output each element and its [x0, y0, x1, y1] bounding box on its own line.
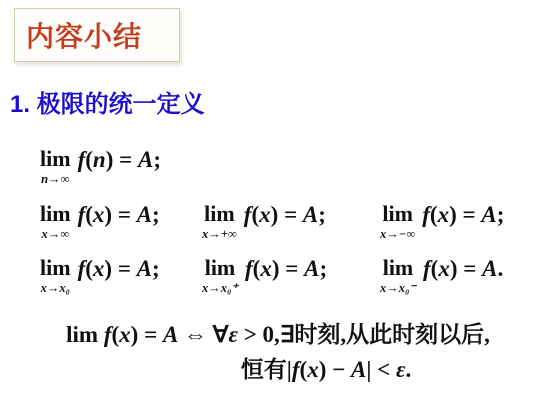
math-segment: ε [229, 322, 238, 347]
punctuation: . [497, 256, 503, 281]
punctuation: ; [319, 256, 327, 281]
left-paren: ( [85, 256, 93, 281]
lim-subscript: n→∞ [41, 173, 69, 186]
equals-sign: = [112, 256, 137, 281]
formula-expression: f(n) = A; [78, 148, 161, 172]
argument-symbol: x [93, 202, 105, 227]
math-segment: 恒有 [241, 357, 287, 382]
math-segment: ) − [319, 357, 351, 382]
formula-expression: f(x) = A; [78, 203, 160, 227]
math-segment: f [292, 357, 300, 382]
lim-stack: limn→∞ [40, 148, 71, 186]
lim-stack: limx→+∞ [202, 203, 237, 241]
formula-row-2: limx→∞f(x) = A;limx→+∞f(x) = A;limx→−∞f(… [0, 203, 556, 241]
lim-operator: lim [205, 257, 236, 279]
limit-value: A [304, 256, 319, 281]
math-segment: > 0, [238, 322, 280, 347]
formula-row-1: limn→∞f(n) = A; [0, 148, 556, 186]
title-box: 内容小结 [14, 8, 180, 62]
limit-formula: limx→+∞f(x) = A; [202, 203, 380, 241]
argument-symbol: x [260, 256, 272, 281]
math-segment: A [163, 322, 178, 347]
formula-expression: f(x) = A. [423, 257, 503, 281]
left-paren: ( [430, 202, 438, 227]
punctuation: ; [152, 256, 160, 281]
lim-subscript: x→+∞ [202, 228, 237, 241]
left-paren: ( [251, 202, 259, 227]
formula-expression: f(x) = A; [78, 257, 160, 281]
lim-stack: limx→x₀⁻ [380, 257, 416, 295]
formula-expression: f(x) = A; [244, 203, 326, 227]
function-symbol: f [245, 256, 253, 281]
math-segment: < [371, 357, 396, 382]
math-segment: lim [66, 322, 104, 347]
limit-formula: limx→x₀⁺f(x) = A; [202, 257, 380, 295]
left-paren: ( [85, 202, 93, 227]
math-segment: f [104, 322, 112, 347]
math-segment: ) = [131, 322, 163, 347]
limit-formula: limx→−∞f(x) = A; [380, 203, 556, 241]
unified-line-1: lim f(x) = A ⇔ ∀ε > 0,∃时刻,从此时刻以后, [0, 320, 556, 350]
math-segment: A [351, 357, 366, 382]
title-text: 内容小结 [15, 15, 142, 55]
limit-value: A [482, 256, 497, 281]
limit-value: A [481, 202, 496, 227]
math-segment: 时刻,从此时刻以后, [294, 322, 490, 347]
argument-symbol: n [93, 147, 106, 172]
limit-formula: limx→∞f(x) = A; [40, 203, 202, 241]
limit-formula: limx→x₀⁻f(x) = A. [380, 257, 556, 295]
argument-symbol: x [93, 256, 105, 281]
argument-symbol: x [438, 256, 450, 281]
punctuation: ; [318, 202, 326, 227]
lim-operator: lim [383, 257, 414, 279]
lim-stack: limx→∞ [40, 203, 71, 241]
math-segment: x [307, 357, 319, 382]
lim-subscript: x→−∞ [380, 228, 415, 241]
lim-operator: lim [40, 257, 71, 279]
lim-stack: limx→x₀ [40, 257, 71, 295]
left-paren: ( [85, 147, 93, 172]
equals-sign: = [457, 202, 482, 227]
lim-stack: limx→−∞ [380, 203, 415, 241]
equals-sign: = [113, 147, 138, 172]
limit-formula: limn→∞f(n) = A; [40, 148, 202, 186]
limit-value: A [137, 202, 152, 227]
lim-subscript: x→x₀ [41, 282, 70, 295]
formula-block: limn→∞f(n) = A;limx→∞f(x) = A;limx→+∞f(x… [0, 148, 556, 312]
formula-expression: f(x) = A; [245, 257, 327, 281]
lim-subscript: x→x₀⁻ [380, 282, 416, 295]
punctuation: ; [152, 202, 160, 227]
argument-symbol: x [259, 202, 271, 227]
function-symbol: f [422, 202, 430, 227]
right-paren: ) [104, 202, 112, 227]
math-segment: x [119, 322, 131, 347]
math-segment: ⇔ ∀ [178, 322, 228, 347]
equals-sign: = [457, 256, 482, 281]
lim-operator: lim [40, 148, 71, 170]
unified-line-2: 恒有|f(x) − A| < ε. [0, 355, 556, 385]
lim-operator: lim [40, 203, 71, 225]
right-paren: ) [449, 202, 457, 227]
lim-subscript: x→∞ [41, 228, 69, 241]
unified-definition: lim f(x) = A ⇔ ∀ε > 0,∃时刻,从此时刻以后, 恒有|f(x… [0, 320, 556, 385]
limit-formula: limx→x₀f(x) = A; [40, 257, 202, 295]
argument-symbol: x [438, 202, 450, 227]
punctuation: ; [497, 202, 505, 227]
limit-value: A [137, 256, 152, 281]
formula-expression: f(x) = A; [422, 203, 504, 227]
equals-sign: = [278, 202, 303, 227]
lim-subscript: x→x₀⁺ [202, 282, 238, 295]
lim-operator: lim [204, 203, 235, 225]
math-segment: ∃ [280, 322, 295, 347]
equals-sign: = [112, 202, 137, 227]
lim-stack: limx→x₀⁺ [202, 257, 238, 295]
lim-operator: lim [382, 203, 413, 225]
function-symbol: f [423, 256, 431, 281]
math-segment: . [405, 357, 411, 382]
limit-value: A [138, 147, 153, 172]
slide: 内容小结 1. 极限的统一定义 limn→∞f(n) = A;limx→∞f(x… [0, 0, 556, 409]
equals-sign: = [279, 256, 304, 281]
right-paren: ) [104, 256, 112, 281]
formula-row-3: limx→x₀f(x) = A;limx→x₀⁺f(x) = A;limx→x₀… [0, 257, 556, 295]
section-heading: 1. 极限的统一定义 [10, 84, 205, 119]
punctuation: ; [153, 147, 161, 172]
limit-value: A [303, 202, 318, 227]
